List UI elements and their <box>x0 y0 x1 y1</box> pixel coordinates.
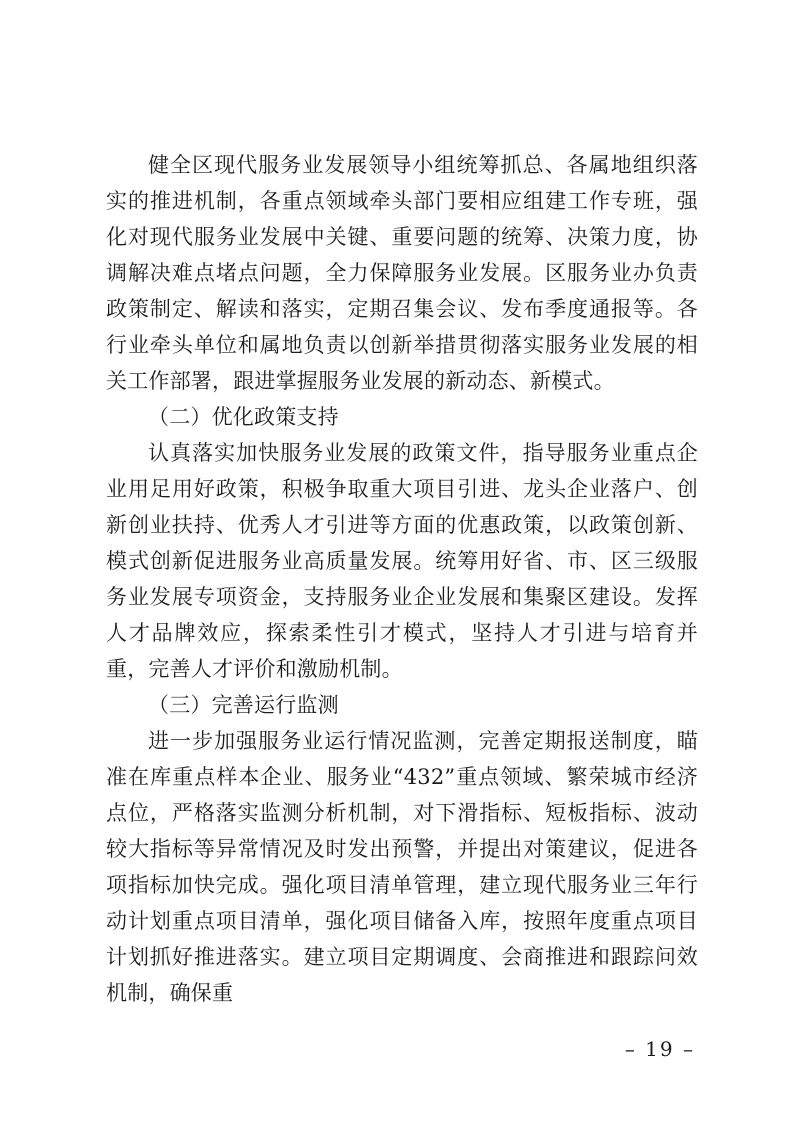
document-page: 健全区现代服务业发展领导小组统筹抓总、各属地组织落实的推进机制，各重点领域牵头部… <box>0 0 793 1122</box>
page-number: – 19 – <box>625 1037 695 1061</box>
section-heading-improve-operation-monitoring: （三）完善运行监测 <box>106 687 698 723</box>
page-footer: – 19 – <box>625 1038 695 1060</box>
paragraph-operation-monitoring: 进一步加强服务业运行情况监测，完善定期报送制度，瞄准在库重点样本企业、服务业“4… <box>106 723 698 1011</box>
section-heading-optimize-policy-support: （二）优化政策支持 <box>106 399 698 435</box>
paragraph-policy-support: 认真落实加快服务业发展的政策文件，指导服务业重点企业用足用好政策，积极争取重大项… <box>106 435 698 687</box>
document-body: 健全区现代服务业发展领导小组统筹抓总、各属地组织落实的推进机制，各重点领域牵头部… <box>106 147 698 1011</box>
paragraph-promotion-mechanism: 健全区现代服务业发展领导小组统筹抓总、各属地组织落实的推进机制，各重点领域牵头部… <box>106 147 698 399</box>
